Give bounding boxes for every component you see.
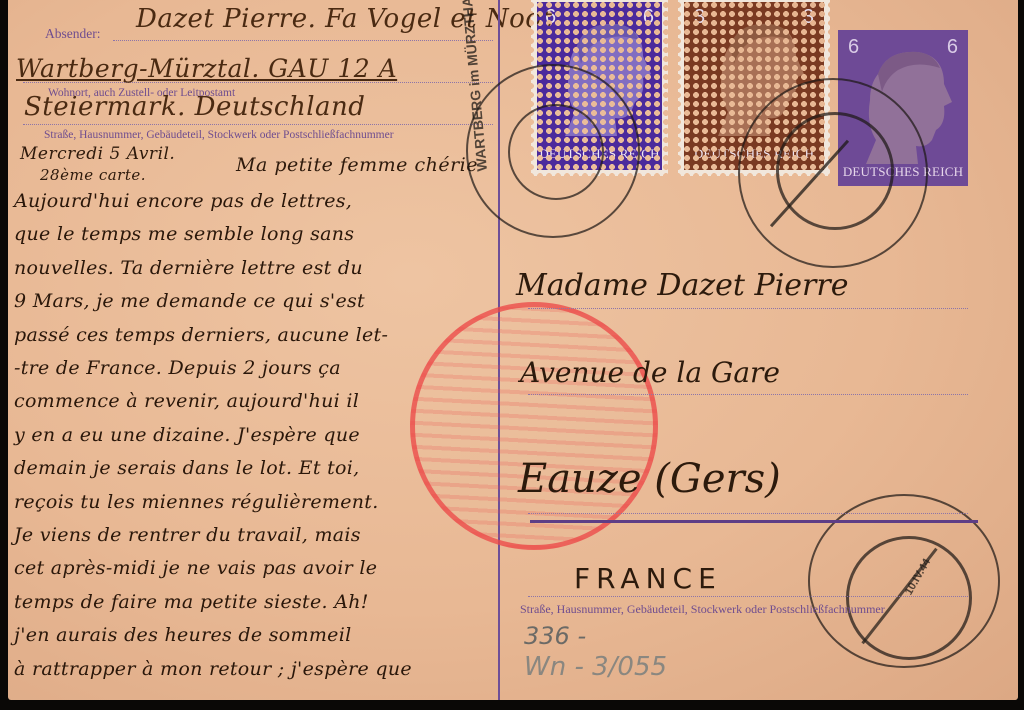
address-line-4: [528, 596, 968, 597]
pencil-note-1: 336 -: [524, 622, 586, 650]
message-line: -tre de France. Depuis 2 jours ça: [14, 357, 341, 379]
sender-line-3: [23, 124, 493, 125]
sender-line-1: [113, 40, 493, 41]
message-line: commence à revenir, aujourd'hui il: [14, 390, 359, 412]
address-line-2: [528, 394, 968, 395]
message-line: temps de faire ma petite sieste. Ah!: [14, 591, 369, 613]
sender-locality: Wartberg-Mürztal. GAU 12 A: [16, 54, 397, 83]
message-line: cet après-midi je ne vais pas avoir le: [14, 557, 377, 579]
recipient-street: Avenue de la Gare: [520, 356, 780, 389]
recipient-name: Madame Dazet Pierre: [516, 268, 849, 303]
message-line: Aujourd'hui encore pas de lettres,: [14, 190, 352, 212]
postcard: Absender: Wohnort, auch Zustell- oder Le…: [8, 0, 1018, 700]
absender-label: Absender:: [45, 26, 100, 42]
pencil-note-2: Wn - 3/055: [524, 652, 667, 682]
message-line: que le temps me semble long sans: [14, 223, 354, 245]
message-line: j'en aurais des heures de sommeil: [14, 624, 351, 646]
sender-strasse-label: Straße, Hausnummer, Gebäudeteil, Stockwe…: [44, 129, 394, 141]
message-card-number: 28ème carte.: [40, 166, 146, 184]
stamp-value-left: 3: [694, 6, 705, 29]
message-line: 9 Mars, je me demande ce qui s'est: [14, 290, 365, 312]
recipient-country: FRANCE: [574, 562, 722, 595]
address-line-3: [528, 513, 968, 514]
message-line: passé ces temps derniers, aucune let-: [14, 324, 388, 346]
message-line: nouvelles. Ta dernière lettre est du: [14, 257, 363, 279]
address-line-1: [528, 308, 968, 309]
postmark-inner: [508, 104, 604, 200]
message-line: demain je serais dans le lot. Et toi,: [14, 457, 360, 479]
message-line: Je viens de rentrer du travail, mais: [14, 524, 361, 546]
address-underline: [530, 520, 978, 523]
message-date: Mercredi 5 Avril.: [20, 144, 175, 164]
message-line: reçois tu les miennes régulièrement.: [14, 491, 379, 513]
sender-name: Dazet Pierre. Fa Vogel et Noot: [136, 4, 552, 34]
recipient-city: Eauze (Gers): [518, 456, 781, 502]
postmark-inner: [776, 112, 894, 230]
message-line: à rattrapper à mon retour ; j'espère que: [14, 658, 412, 680]
sender-region: Steiermark. Deutschland: [24, 92, 365, 122]
message-salutation: Ma petite femme chérie: [236, 154, 478, 176]
recipient-strasse-label: Straße, Hausnummer, Gebäudeteil, Stockwe…: [520, 602, 885, 617]
message-line: y en a eu une dizaine. J'espère que: [14, 424, 360, 446]
